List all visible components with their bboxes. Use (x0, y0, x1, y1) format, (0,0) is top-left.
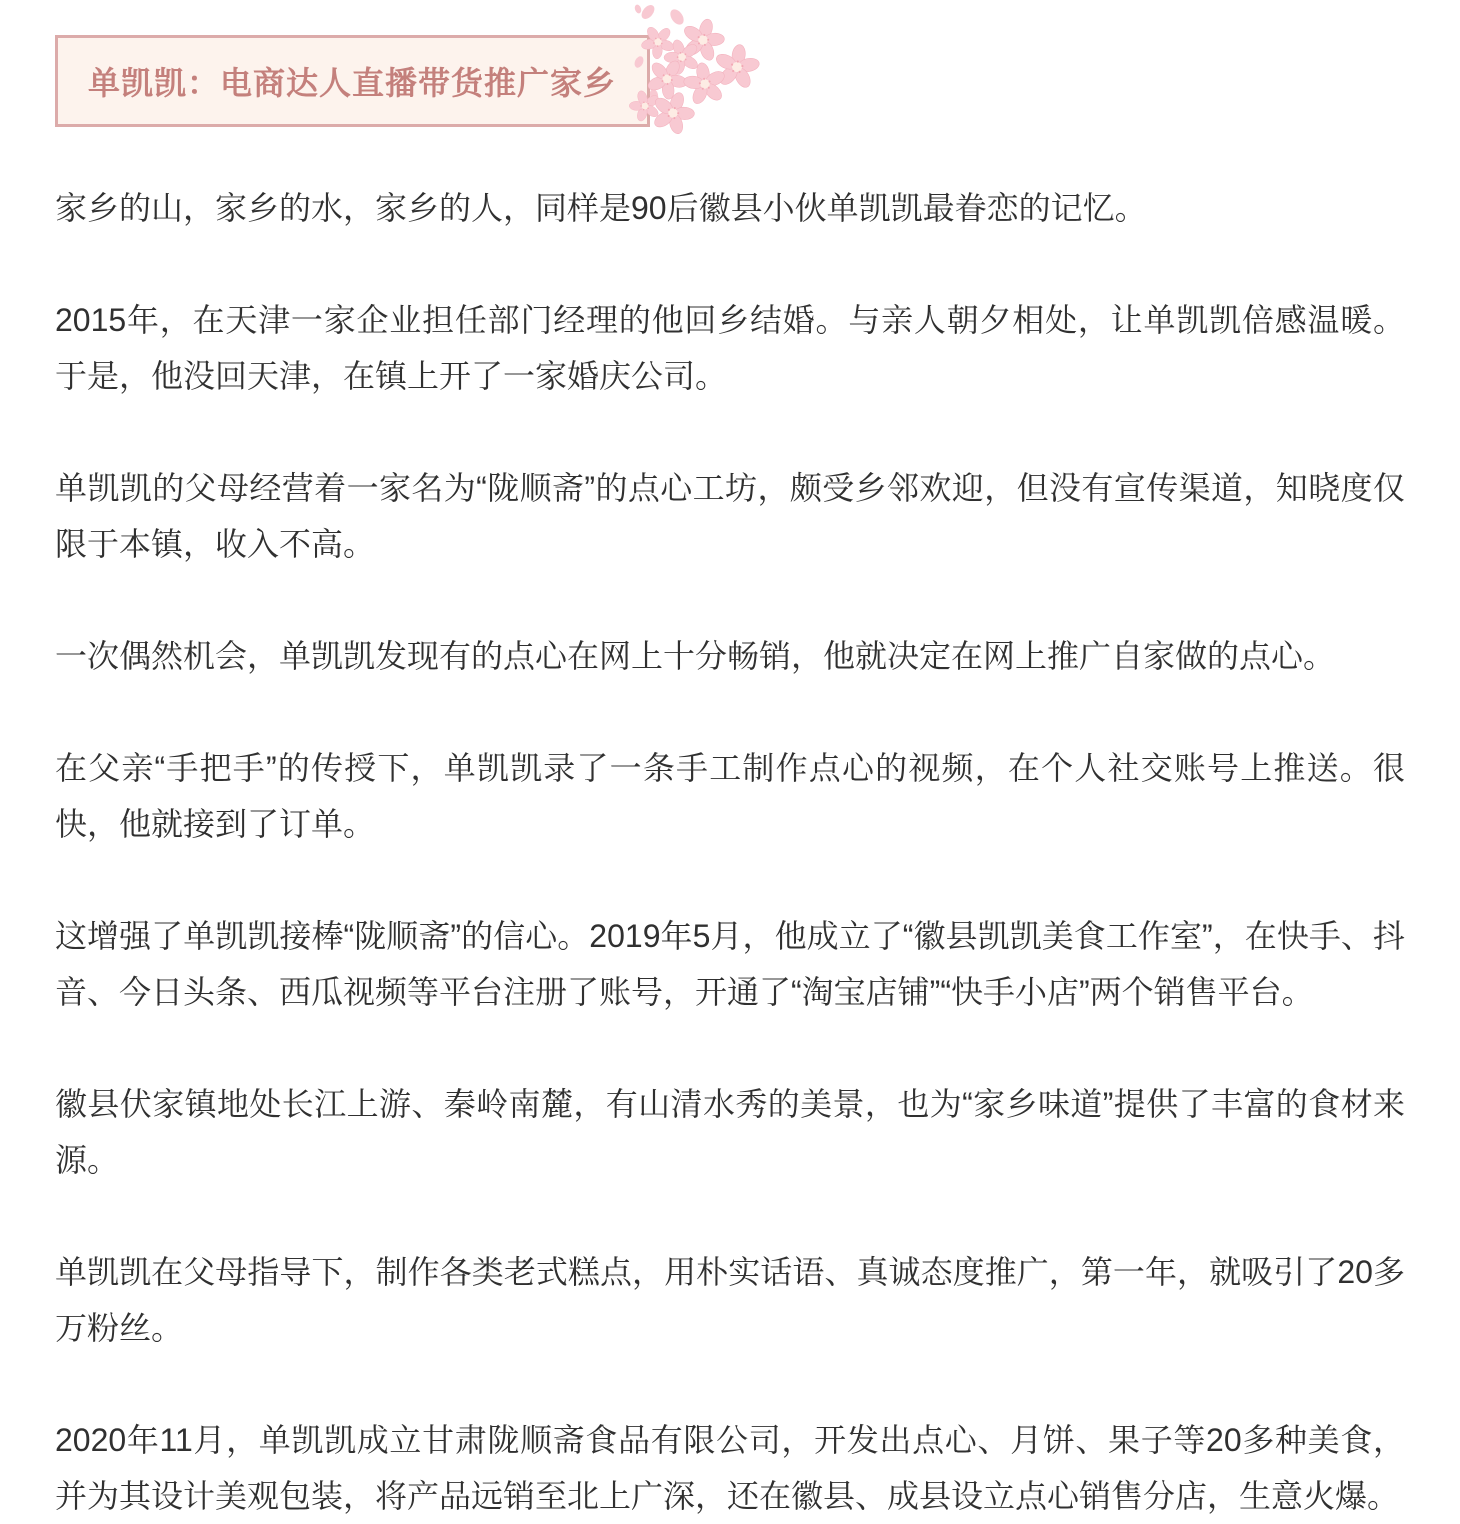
article-paragraph: 2015年，在天津一家企业担任部门经理的他回乡结婚。与亲人朝夕相处，让单凯凯倍感… (55, 292, 1405, 404)
article-body: 家乡的山，家乡的水，家乡的人，同样是90后徽县小伙单凯凯最眷恋的记忆。 2015… (0, 180, 1460, 1524)
article-paragraph: 单凯凯在父母指导下，制作各类老式糕点，用朴实话语、真诚态度推广，第一年，就吸引了… (55, 1244, 1405, 1356)
article-header: 单凯凯：电商达人直播带货推广家乡 (0, 0, 1460, 150)
page-title: 单凯凯：电商达人直播带货推广家乡 (58, 58, 616, 104)
title-box: 单凯凯：电商达人直播带货推广家乡 (55, 35, 650, 127)
article-paragraph: 在父亲“手把手”的传授下，单凯凯录了一条手工制作点心的视频，在个人社交账号上推送… (55, 740, 1405, 852)
article-paragraph: 家乡的山，家乡的水，家乡的人，同样是90后徽县小伙单凯凯最眷恋的记忆。 (55, 180, 1405, 236)
article-paragraph: 这增强了单凯凯接棒“陇顺斋”的信心。2019年5月，他成立了“徽县凯凯美食工作室… (55, 908, 1405, 1020)
article-paragraph: 徽县伏家镇地处长江上游、秦岭南麓，有山清水秀的美景，也为“家乡味道”提供了丰富的… (55, 1076, 1405, 1188)
sakura-blossom-icon (608, 0, 768, 150)
article-page: 单凯凯：电商达人直播带货推广家乡 (0, 0, 1460, 1524)
article-paragraph: 一次偶然机会，单凯凯发现有的点心在网上十分畅销，他就决定在网上推广自家做的点心。 (55, 628, 1405, 684)
article-paragraph: 2020年11月，单凯凯成立甘肃陇顺斋食品有限公司，开发出点心、月饼、果子等20… (55, 1412, 1405, 1524)
article-paragraph: 单凯凯的父母经营着一家名为“陇顺斋”的点心工坊，颇受乡邻欢迎，但没有宣传渠道，知… (55, 460, 1405, 572)
